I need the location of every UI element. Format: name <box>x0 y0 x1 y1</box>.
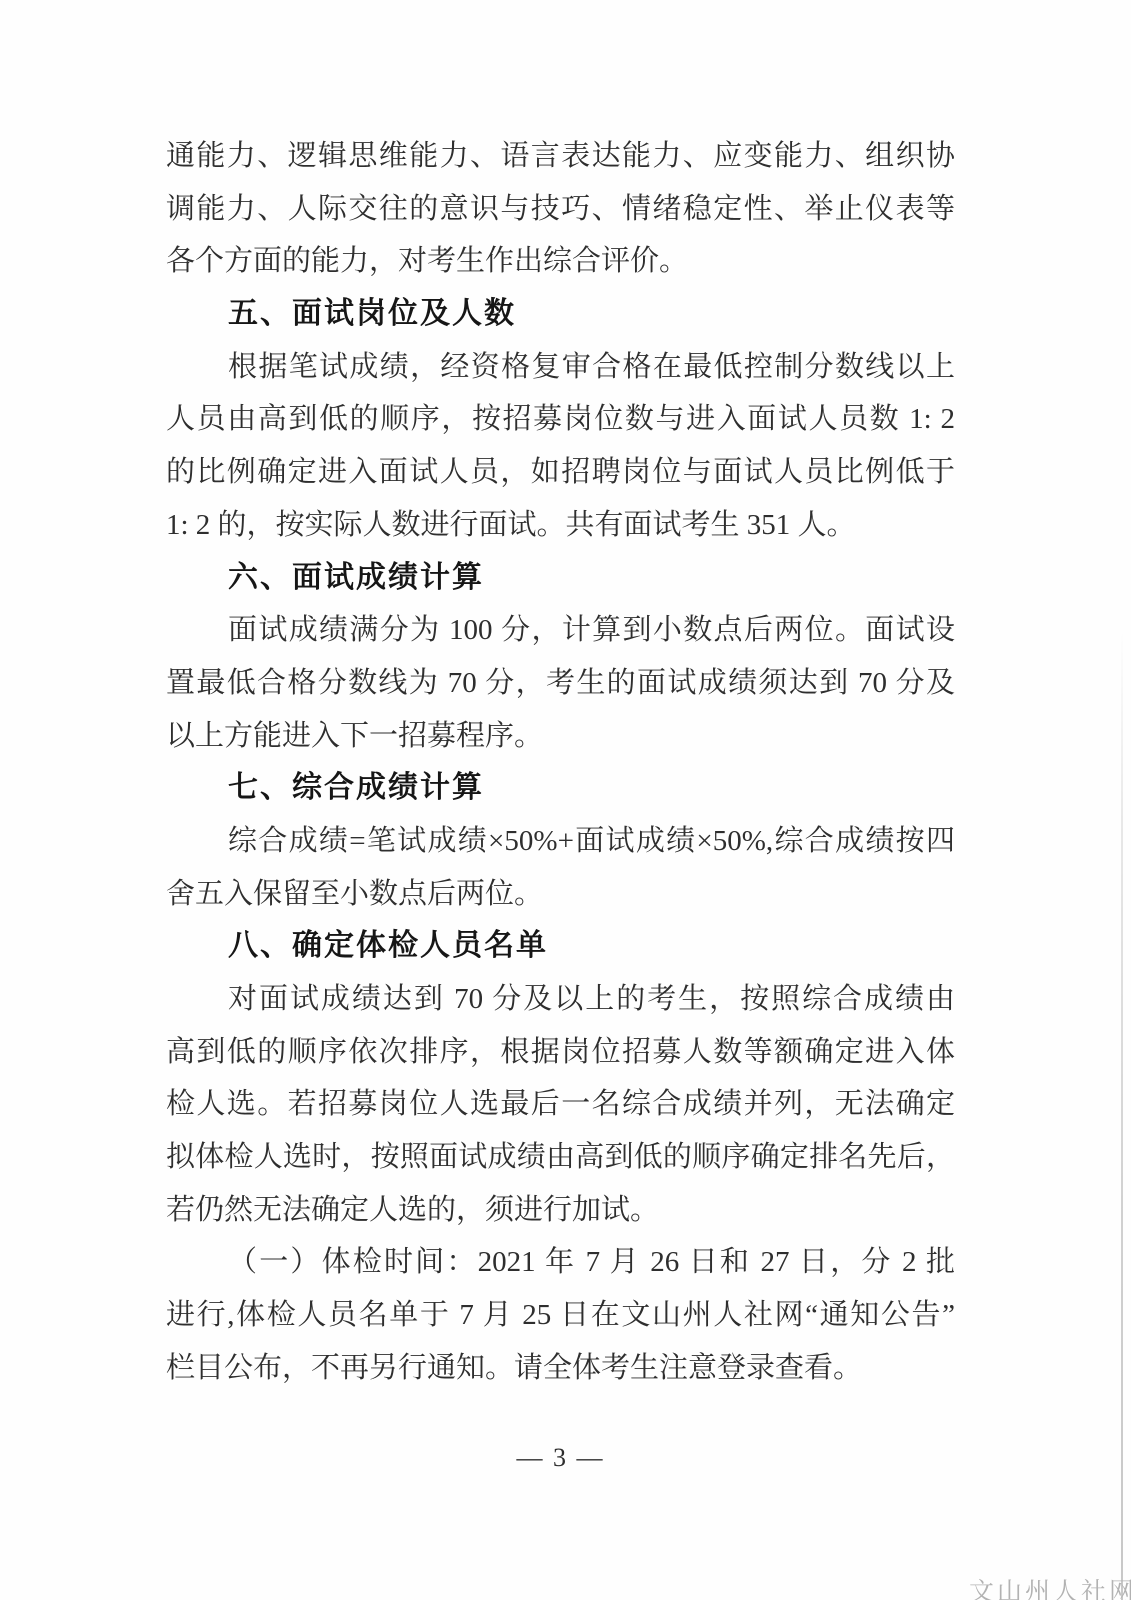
text-line: （一）体检时间：2021 年 7 月 26 日和 27 日，分 2 批 <box>166 1236 955 1289</box>
section-heading-7: 七、综合成绩计算 <box>166 762 955 815</box>
text-line: 的比例确定进入面试人员，如招聘岗位与面试人员比例低于 <box>166 446 955 499</box>
document-body: 通能力、逻辑思维能力、语言表达能力、应变能力、组织协 调能力、人际交往的意识与技… <box>166 130 955 1395</box>
scan-artifact-line <box>1121 630 1123 1600</box>
text-line: 舍五入保留至小数点后两位。 <box>166 868 955 921</box>
text-line: 对面试成绩达到 70 分及以上的考生，按照综合成绩由 <box>166 973 955 1026</box>
text-line: 调能力、人际交往的意识与技巧、情绪稳定性、举止仪表等 <box>166 183 955 236</box>
text-line: 栏目公布，不再另行通知。请全体考生注意登录查看。 <box>166 1342 955 1395</box>
text-line: 1: 2 的，按实际人数进行面试。共有面试考生 351 人。 <box>166 499 955 552</box>
section-heading-8: 八、确定体检人员名单 <box>166 920 955 973</box>
section-heading-6: 六、面试成绩计算 <box>166 552 955 605</box>
text-line: 拟体检人选时，按照面试成绩由高到低的顺序确定排名先后， <box>166 1131 955 1184</box>
text-line: 面试成绩满分为 100 分，计算到小数点后两位。面试设 <box>166 604 955 657</box>
text-line: 进行,体检人员名单于 7 月 25 日在文山州人社网“通知公告” <box>166 1289 955 1342</box>
text-line: 通能力、逻辑思维能力、语言表达能力、应变能力、组织协 <box>166 130 955 183</box>
text-line: 各个方面的能力，对考生作出综合评价。 <box>166 235 955 288</box>
text-line: 高到低的顺序依次排序，根据岗位招募人数等额确定进入体 <box>166 1026 955 1079</box>
text-line: 综合成绩=笔试成绩×50%+面试成绩×50%,综合成绩按四 <box>166 815 955 868</box>
page-number: — 3 — <box>166 1438 955 1478</box>
text-line: 根据笔试成绩，经资格复审合格在最低控制分数线以上 <box>166 341 955 394</box>
text-line: 以上方能进入下一招募程序。 <box>166 710 955 763</box>
text-line: 人员由高到低的顺序，按招募岗位数与进入面试人员数 1: 2 <box>166 393 955 446</box>
text-line: 置最低合格分数线为 70 分，考生的面试成绩须达到 70 分及 <box>166 657 955 710</box>
text-line: 若仍然无法确定人选的，须进行加试。 <box>166 1184 955 1237</box>
text-line: 检人选。若招募岗位人选最后一名综合成绩并列，无法确定 <box>166 1078 955 1131</box>
document-page: 通能力、逻辑思维能力、语言表达能力、应变能力、组织协 调能力、人际交往的意识与技… <box>0 0 1131 1600</box>
section-heading-5: 五、面试岗位及人数 <box>166 288 955 341</box>
site-watermark: 文山州人社网 <box>969 1572 1131 1600</box>
